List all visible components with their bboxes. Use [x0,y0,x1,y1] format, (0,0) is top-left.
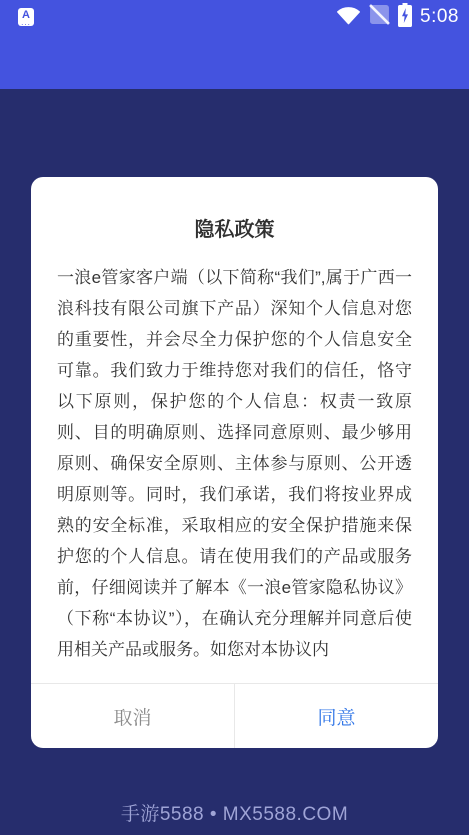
battery-charging-icon [398,3,412,32]
notification-badge-dots: ... [21,21,31,25]
dialog-title: 隐私政策 [31,213,438,242]
phone-screen: A ... [0,0,469,835]
app-header: A ... [0,0,469,89]
status-bar: A ... [0,0,469,34]
dialog-button-row: 取消 同意 [31,684,438,748]
agree-button[interactable]: 同意 [235,684,438,748]
status-icons: 5:08 [336,3,459,32]
no-signal-icon [369,4,390,30]
notification-a-icon: A ... [18,8,34,26]
privacy-policy-dialog: 隐私政策 一浪e管家客户端（以下简称“我们”,属于广西一浪科技有限公司旗下产品）… [31,177,438,748]
watermark-text: 手游5588 • MX5588.COM [0,799,469,826]
clock-time: 5:08 [420,6,459,28]
privacy-policy-text[interactable]: 一浪e管家客户端（以下简称“我们”,属于广西一浪科技有限公司旗下产品）深知个人信… [57,262,412,683]
wifi-icon [336,5,361,30]
cancel-button[interactable]: 取消 [31,684,235,748]
